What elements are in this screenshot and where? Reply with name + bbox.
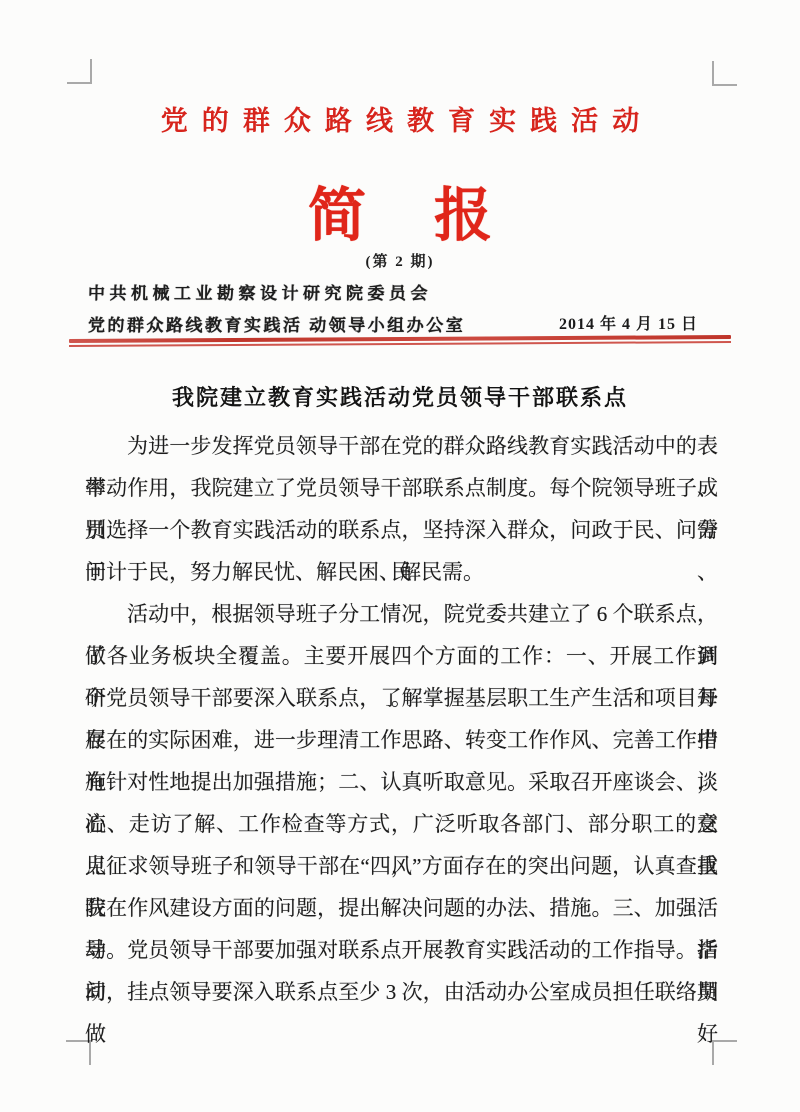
body-line: 有针对性地提出加强措施；二、认真听取意见。采取召开座谈会、谈心交 [85, 761, 718, 803]
body-line: 存在的实际困难，进一步理清工作思路、转变工作作风、完善工作措施， [85, 719, 718, 761]
body-line: 带动作用，我院建立了党员领导干部联系点制度。每个院领导班子成员分 [85, 467, 718, 509]
text-boundary-mark-top-left-icon [67, 59, 92, 84]
body-line: 间，挂点领导要深入联系点至少 3 次，由活动办公室成员担任联络员做好 [85, 971, 718, 1013]
body-line: 为进一步发挥党员领导干部在党的群众路线教育实践活动中的表率、 [85, 425, 718, 467]
article-body: 为进一步发挥党员领导干部在党的群众路线教育实践活动中的表率、带动作用，我院建立了… [85, 425, 718, 1013]
masthead-banner: 党的群众路线教育实践活动 [0, 99, 800, 138]
body-line: 流、走访了解、工作检查等方式，广泛听取各部门、部分职工的意见，重 [85, 803, 718, 845]
text-boundary-mark-top-right-icon [712, 61, 737, 86]
body-line: 点征求领导班子和领导干部在“四风”方面存在的突出问题，认真查找我 [85, 845, 718, 887]
issue-date: 2014 年 4 月 15 日 [559, 311, 698, 334]
article-title: 我院建立教育实践活动党员领导干部联系点 [0, 381, 800, 412]
masthead-name: 简报 [0, 168, 800, 252]
issue-number: (第 2 期) [0, 250, 800, 271]
issuing-org-line1: 中共机械工业勘察设计研究院委员会 [88, 278, 466, 310]
bulletin-page: 党的群众路线教育实践活动 简报 (第 2 期) 中共机械工业勘察设计研究院委员会… [0, 0, 800, 1112]
issuing-org: 中共机械工业勘察设计研究院委员会 党的群众路线教育实践活 动领导小组办公室 [88, 278, 465, 342]
body-line: 个党员领导干部要深入联系点，了解掌握基层职工生产生活和项目开展中 [85, 677, 718, 719]
body-line: 了各业务板块全覆盖。主要开展四个方面的工作：一、开展工作调研。每 [85, 635, 718, 677]
body-line: 院在作风建设方面的问题，提出解决问题的办法、措施。三、加强活动指 [85, 887, 718, 929]
body-line: 活动中，根据领导班子分工情况，院党委共建立了 6 个联系点，做到 [85, 593, 718, 635]
body-line: 导。党员领导干部要加强对联系点开展教育实践活动的工作指导。活动期 [85, 929, 718, 971]
body-line: 别选择一个教育实践活动的联系点，坚持深入群众，问政于民、问需于民、 [85, 509, 718, 551]
